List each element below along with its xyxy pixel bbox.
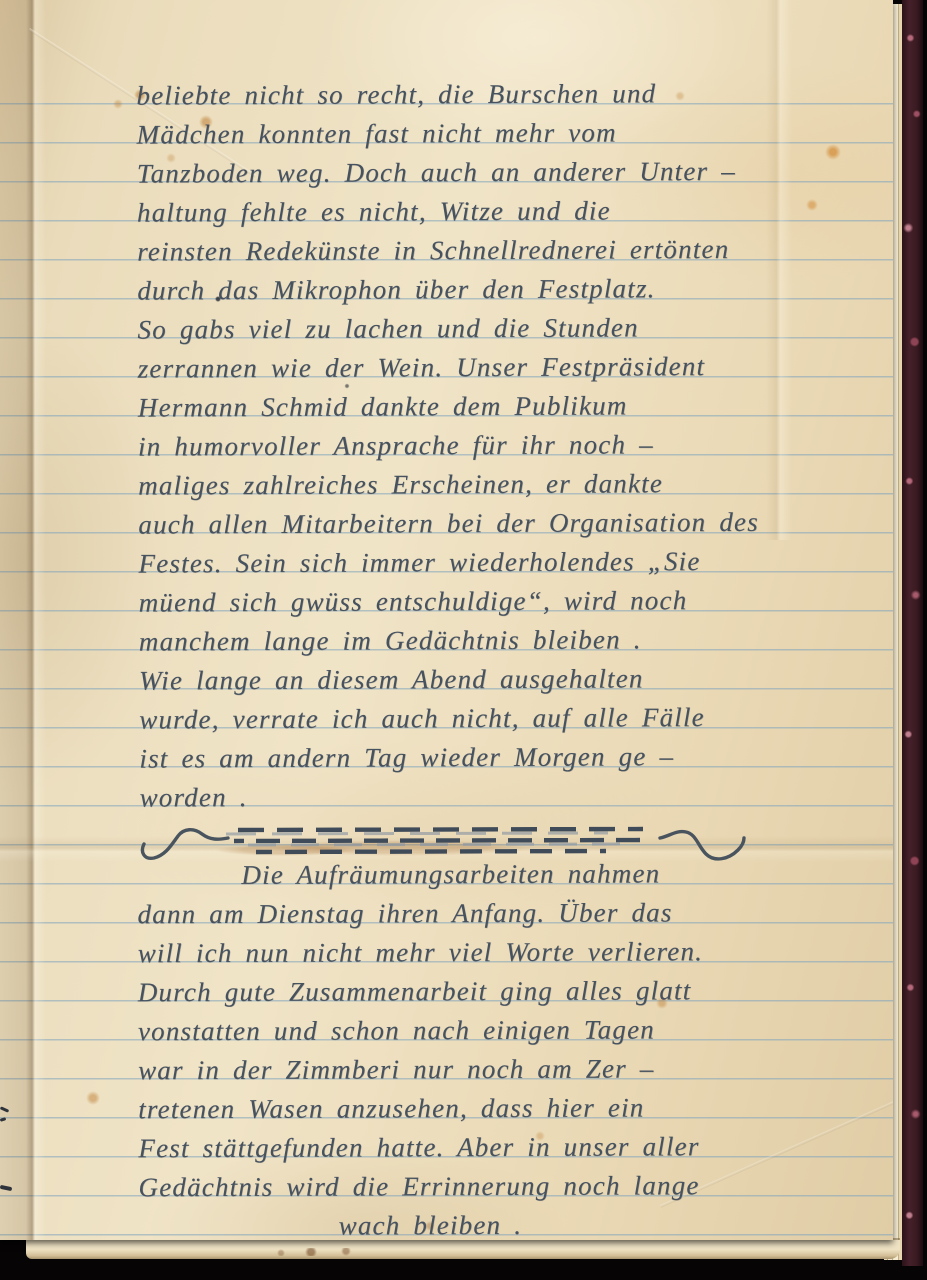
- handwritten-line: zerrannen wie der Wein. Unser Festpräsid…: [138, 346, 866, 388]
- handwritten-line: will ich nun nicht mehr viel Worte verli…: [138, 932, 866, 974]
- page-bottom-edge: [26, 1238, 900, 1259]
- handwritten-line: Durch gute Zusammenarbeit ging alles gla…: [138, 971, 866, 1013]
- handwritten-line: Fest stättgefunden hatte. Aber in unser …: [138, 1127, 866, 1169]
- handwritten-line: dann am Dienstag ihren Anfang. Über das: [137, 893, 865, 935]
- handwritten-line: Die Aufräumungsarbeiten nahmen: [137, 854, 865, 896]
- handwritten-line: Mädchen konnten fast nicht mehr vom: [137, 112, 865, 154]
- handwritten-line: müend sich gwüss entschuldige“, wird noc…: [139, 580, 867, 622]
- scanned-notebook-photo: beliebte nicht so recht, die Burschen un…: [0, 0, 927, 1280]
- handwritten-line: haltung fehlte es nicht, Witze und die: [137, 190, 865, 232]
- handwritten-line: Hermann Schmid dankte dem Publikum: [138, 385, 866, 427]
- handwritten-line: wurde, verrate ich auch nicht, auf alle …: [139, 697, 867, 739]
- handwritten-line: auch allen Mitarbeitern bei der Organisa…: [138, 502, 866, 544]
- gutter-crease: [0, 0, 52, 1240]
- handwritten-line: tretenen Wasen anzusehen, dass hier ein: [138, 1088, 866, 1130]
- handwritten-line: reinsten Redekünste in Schnellrednerei e…: [137, 229, 865, 271]
- paragraph-2: Die Aufräumungsarbeiten nahmen dann am D…: [137, 854, 866, 1240]
- handwritten-line: ist es am andern Tag wieder Morgen ge –: [139, 736, 867, 778]
- book-cover-marbled-edge: [902, 0, 923, 1266]
- handwritten-line: beliebte nicht so recht, die Burschen un…: [136, 73, 864, 115]
- handwritten-line: Wie lange an diesem Abend ausgehalten: [139, 658, 867, 700]
- handwritten-line: So gabs viel zu lachen und die Stunden: [137, 307, 865, 349]
- stain-smudge: [266, 1248, 376, 1256]
- handwritten-line: wach bleiben .: [139, 1205, 867, 1240]
- handwritten-line: Gedächtnis wird die Errinnerung noch lan…: [138, 1166, 866, 1208]
- paragraph-1: beliebte nicht so recht, die Burschen un…: [136, 73, 867, 817]
- handwritten-line: vonstatten und schon nach einigen Tagen: [138, 1010, 866, 1052]
- handwritten-line: war in der Zimmberi nur noch am Zer –: [138, 1049, 866, 1091]
- handwritten-line: maliges zahlreiches Erscheinen, er dankt…: [138, 463, 866, 505]
- handwritten-line: manchem lange im Gedächtnis bleiben .: [139, 619, 867, 661]
- handwritten-line: Festes. Sein sich immer wiederholendes „…: [138, 541, 866, 583]
- handwritten-line: in humorvoller Ansprache für ihr noch –: [138, 424, 866, 466]
- handwritten-line: worden .: [139, 775, 867, 817]
- handwritten-line: durch das Mikrophon über den Festplatz.: [137, 268, 865, 310]
- handwritten-line: Tanzboden weg. Doch auch an anderer Unte…: [137, 151, 865, 193]
- notebook-page: beliebte nicht so recht, die Burschen un…: [0, 0, 893, 1240]
